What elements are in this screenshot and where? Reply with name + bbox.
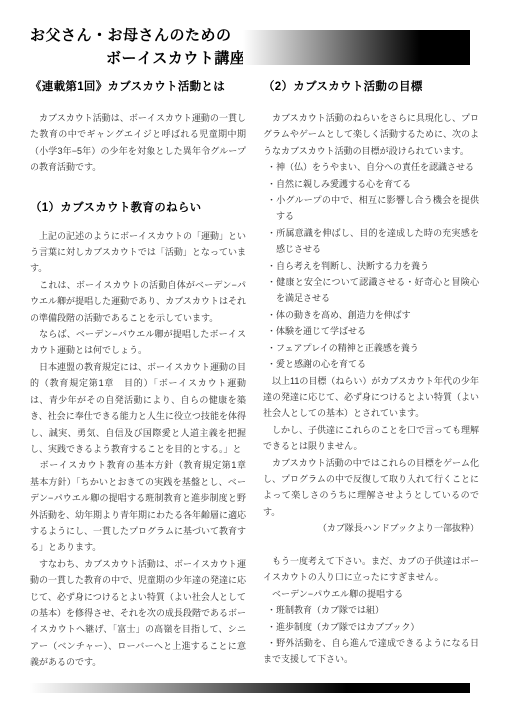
page-title-line2: ボーイスカウト講座 [30, 47, 245, 70]
paragraph: ならば、ベーデン−パウエル卿が提唱したボーイスカウト運動とは何でしょう。 [30, 326, 246, 359]
goal-item: ・愛と感謝の心を育てる [267, 356, 479, 372]
goal-item: ・所属意識を伸ばし、目的を達成した時の充実感を感じさせる [267, 225, 479, 258]
closing-item: ・班制教育（カブ隊では組） [267, 602, 479, 618]
goal-item: ・小グループの中で、相互に影響し合う機会を提供する [267, 192, 479, 225]
closing-item: ・進歩制度（カブ隊ではカブブック） [267, 619, 479, 635]
citation-line: （カブ隊長ハンドブックより一部抜粋） [263, 520, 479, 536]
footer-gradient-bar [30, 683, 470, 693]
right-column-heading: （2）カブスカウト活動の目標 [263, 80, 479, 94]
page-title: お父さん・お母さんのための ボーイスカウト講座 [30, 24, 245, 70]
goal-item: ・フェアプレイの精神と正義感を養う [267, 340, 479, 356]
paragraph: カブスカウト活動の中ではこれらの目標をゲーム化し、プログラムの中で反復して取り入… [263, 455, 479, 521]
header-gradient-bar [243, 30, 470, 65]
left-intro-paragraph: カブスカウト活動は、ボーイスカウト運動の一貫した教育の中でギャングエイジと呼ばれ… [30, 110, 246, 176]
goal-item: ・自然に親しみ愛護する心を育てる [267, 176, 479, 192]
right-intro-paragraph: カブスカウト活動のねらいをさらに具現化し、プログラムやゲームとして楽しく活動する… [263, 110, 479, 159]
section1-heading: （1）カブスカウト教育のねらい [30, 201, 246, 215]
paragraph: もう一度考えて下さい。まだ、カブの子供達はボーイスカウトの入り口に立ったにすぎま… [263, 553, 479, 586]
paragraph: しかし、子供達にこれらのことを口で言っても理解できるとは限りません。 [263, 422, 479, 455]
goal-item: ・体験を通じて学ばせる [267, 323, 479, 339]
paragraph: ボーイスカウト教育の基本方針（教育規定第1章 基本方針）「ちかいとおきての実践を… [30, 457, 246, 555]
right-column: （2）カブスカウト活動の目標 カブスカウト活動のねらいをさらに具現化し、プログラ… [263, 80, 479, 668]
goal-list: ・神（仏）をうやまい、自分への責任を認識させる ・自然に親しみ愛護する心を育てる… [263, 159, 479, 372]
closing-item: ・野外活動を、自ら進んで達成できるようになる日まで支援して下さい。 [263, 635, 479, 668]
goal-item: ・神（仏）をうやまい、自分への責任を認識させる [267, 159, 479, 175]
document-page: お父さん・お母さんのための ボーイスカウト講座 《連載第1回》カブスカウト活動と… [0, 0, 506, 716]
goal-item: ・健康と安全について認識させる・好奇心と冒険心を満足させる [267, 274, 479, 307]
left-column: 《連載第1回》カブスカウト活動とは カブスカウト活動は、ボーイスカウト運動の一貫… [30, 80, 246, 671]
page-title-line1: お父さん・お母さんのための [30, 24, 245, 47]
paragraph: ベーデン−パウエル卿の提唱する [263, 586, 479, 602]
paragraph: 以上11の目標（ねらい）がカブスカウト年代の少年達の発達に応じて、必ず身につける… [263, 373, 479, 422]
left-column-heading: 《連載第1回》カブスカウト活動とは [30, 80, 246, 94]
closing-list: ・班制教育（カブ隊では組） ・進歩制度（カブ隊ではカブブック） ・野外活動を、自… [263, 602, 479, 668]
paragraph: これは、ボーイスカウトの活動自体がベーデン−パウエル卿が提唱した運動であり、カブ… [30, 277, 246, 326]
paragraph: 上記の記述のようにボーイスカウトの「運動」という言葉に対しカブスカウトでは「活動… [30, 228, 246, 277]
paragraph: すなわち、カブスカウト活動は、ボーイスカウト運動の一貫した教育の中で、児童期の少… [30, 556, 246, 671]
goal-item: ・自ら考えを判断し、決断する力を養う [267, 258, 479, 274]
paragraph: 日本連盟の教育規定には、ボーイスカウト運動の目的（教育規定第1章 目的）「ボーイ… [30, 359, 246, 457]
goal-item: ・体の動きを高め、創造力を伸ばす [267, 307, 479, 323]
